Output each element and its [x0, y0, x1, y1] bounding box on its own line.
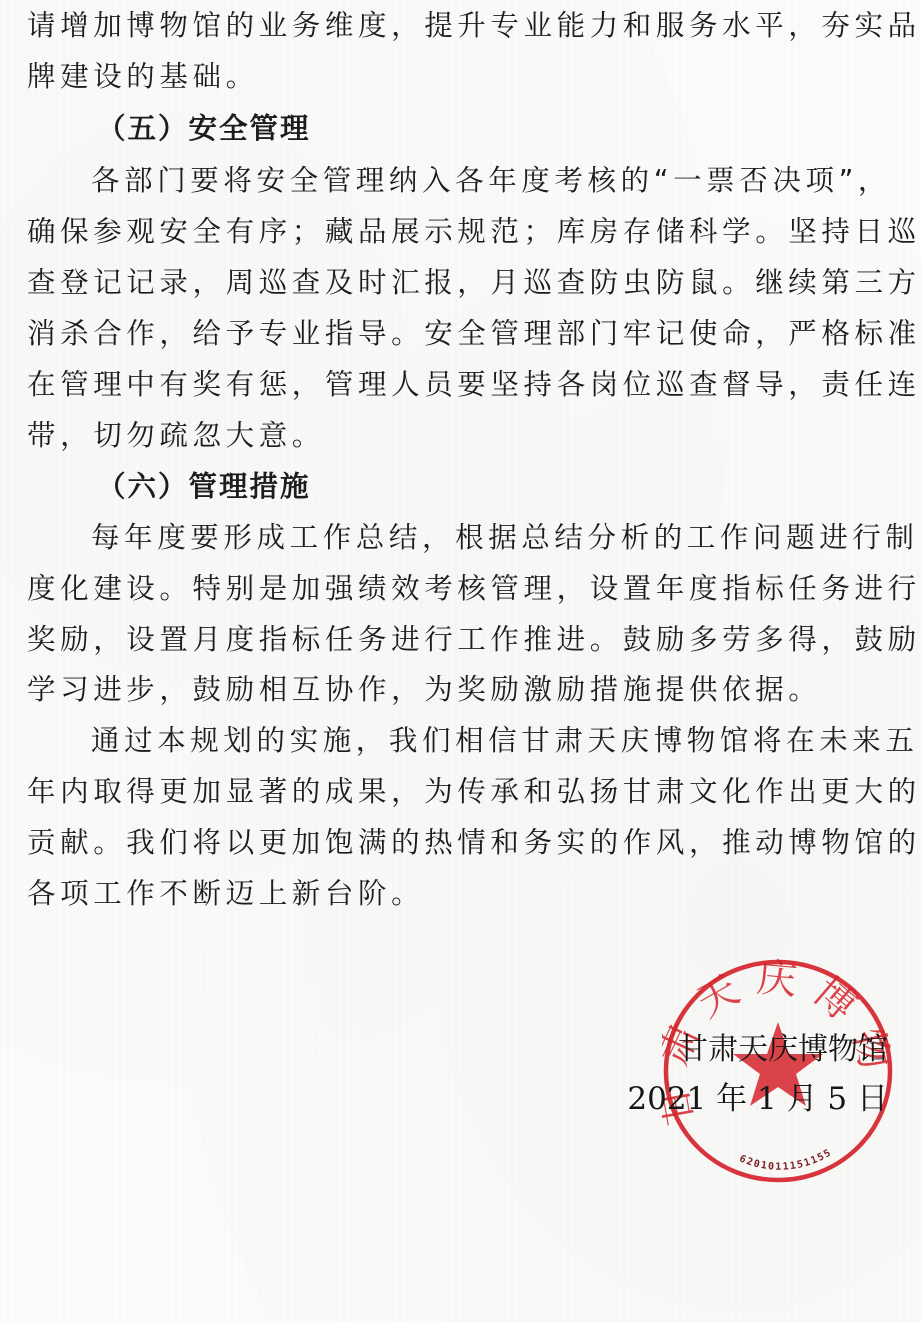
svg-text:6201011151155: 6201011151155: [738, 1147, 834, 1173]
paragraph-start: 各部门要将安全管理纳入各年度考核的“一票否决项”，: [91, 155, 891, 206]
text-line: 奖励，设置月度指标任务进行工作推进。鼓励多劳多得，鼓励: [27, 614, 921, 665]
paragraph-start: 通过本规划的实施，我们相信甘肃天庆博物馆将在未来五: [91, 715, 919, 766]
text-line: 年内取得更加显著的成果，为传承和弘扬甘肃文化作出更大的: [27, 766, 921, 817]
official-seal-stamp: 甘肃天庆博物馆 6201011151155: [662, 958, 894, 1184]
section-heading-management: （六）管理措施: [97, 461, 311, 512]
text-line: 各项工作不断迈上新台阶。: [27, 868, 424, 919]
text-line: 消杀合作，给予专业指导。安全管理部门牢记使命，严格标准。: [27, 308, 921, 359]
text-line: 度化建设。特别是加强绩效考核管理，设置年度指标任务进行: [27, 563, 921, 614]
signature-date: 2021 年 1 月 5 日: [627, 1073, 888, 1118]
paragraph-start: 每年度要形成工作总结，根据总结分析的工作问题进行制: [91, 512, 919, 563]
text-line: 牌建设的基础。: [27, 51, 259, 102]
text-line: 带，切勿疏忽大意。: [27, 410, 325, 461]
text-line: 学习进步，鼓励相互协作，为奖励激励措施提供依据。: [27, 664, 821, 715]
text-line: 请增加博物馆的业务维度，提升专业能力和服务水平，夯实品: [27, 0, 921, 51]
signature-organization: 甘肃天庆博物馆: [678, 1024, 888, 1068]
text-line: 贡献。我们将以更加饱满的热情和务实的作风，推动博物馆的: [27, 817, 921, 868]
text-line: 在管理中有奖有惩，管理人员要坚持各岗位巡查督导，责任连: [27, 359, 921, 410]
text-line: 确保参观安全有序；藏品展示规范；库房存储科学。坚持日巡: [27, 206, 921, 257]
text-line: 查登记记录，周巡查及时汇报，月巡查防虫防鼠。继续第三方: [27, 257, 921, 308]
section-heading-safety: （五）安全管理: [97, 103, 311, 154]
